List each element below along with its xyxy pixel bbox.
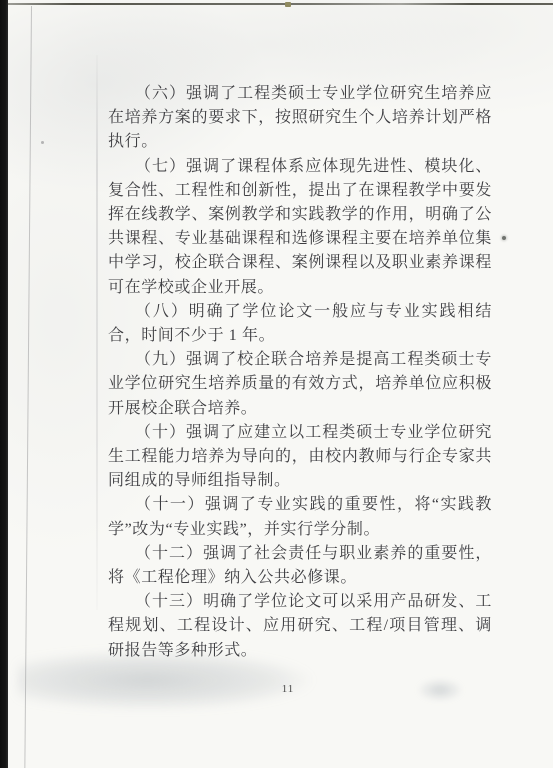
scanner-edge-line-top bbox=[8, 3, 553, 5]
ink-speck-right bbox=[502, 236, 506, 240]
paragraph: （八）明确了学位论文一般应与专业实践相结合，时间不少于 1 年。 bbox=[108, 300, 492, 348]
document-body: （六）强调了工程类硕士专业学位研究生培养应在培养方案的要求下，按照研究生个人培养… bbox=[108, 82, 492, 663]
paragraph: （十二）强调了社会责任与职业素养的重要性，将《工程伦理》纳入公共必修课。 bbox=[108, 542, 492, 590]
page-number: 11 bbox=[277, 683, 299, 695]
scanner-edge-strip-left bbox=[0, 0, 8, 768]
paragraph: （六）强调了工程类硕士专业学位研究生培养应在培养方案的要求下，按照研究生个人培养… bbox=[108, 82, 492, 155]
scanned-page: （六）强调了工程类硕士专业学位研究生培养应在培养方案的要求下，按照研究生个人培养… bbox=[0, 0, 553, 768]
paragraph: （十）强调了应建立以工程类硕士专业学位研究生工程能力培养为导向的，由校内教师与行… bbox=[108, 421, 492, 494]
paper-fold-line bbox=[96, 55, 98, 610]
paragraph: （七）强调了课程体系应体现先进性、模块化、复合性、工程性和创新性，提出了在课程教… bbox=[108, 155, 492, 300]
ink-speck-left bbox=[41, 141, 44, 144]
paragraph: （十一）强调了专业实践的重要性，将“实践教学”改为“专业实践”，并实行学分制。 bbox=[108, 493, 492, 541]
scan-smudge-bottom-right bbox=[412, 676, 468, 704]
scanner-line-blip bbox=[285, 2, 291, 7]
paragraph: （十三）明确了学位论文可以采用产品研发、工程规划、工程设计、应用研究、工程/项目… bbox=[108, 590, 492, 663]
paragraph: （九）强调了校企联合培养是提高工程类硕士专业学位研究生培养质量的有效方式，培养单… bbox=[108, 348, 492, 421]
